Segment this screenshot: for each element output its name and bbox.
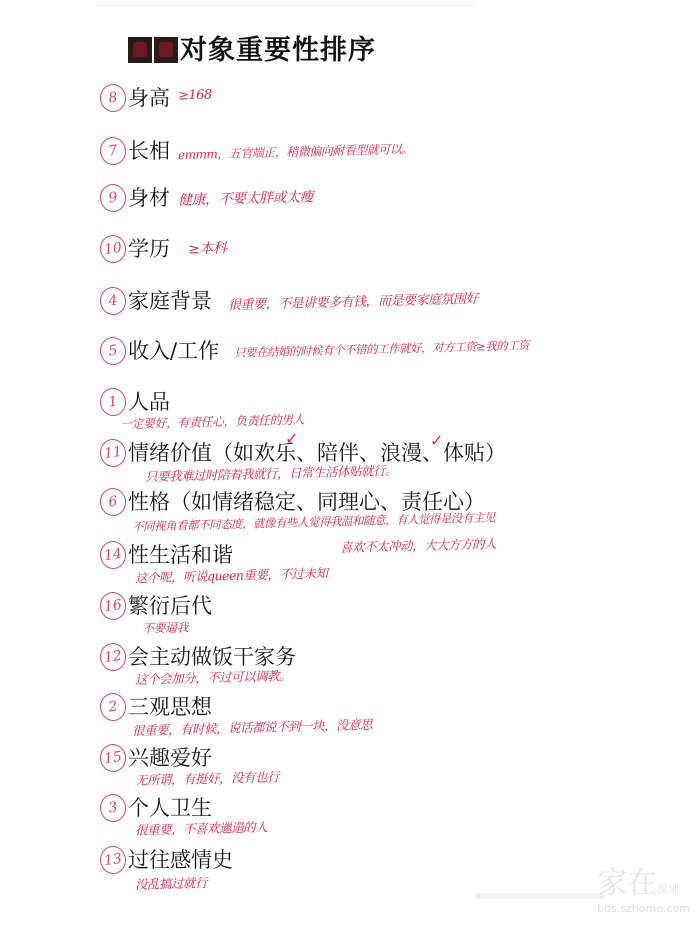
rank-circle: 14	[98, 539, 128, 570]
page-title: 对象重要性排序	[128, 28, 376, 67]
rank-circle: 16	[98, 590, 128, 621]
handwritten-note: 这个会加分，不过可以调教。	[135, 666, 291, 688]
item-label: 繁衍后代	[128, 590, 212, 620]
top-divider	[95, 5, 475, 6]
rank-circle: 12	[98, 641, 128, 672]
redacted-mark	[154, 37, 178, 63]
item-label: 收入/工作	[128, 335, 219, 365]
handwritten-note: 这个呢，听说queen重要，不过未知	[135, 563, 328, 586]
handwritten-note: 没乱搞过就行	[135, 873, 207, 893]
rank-circle: 10	[98, 233, 128, 264]
handwritten-note: ≥本科	[188, 238, 227, 259]
check-mark-icon: ✓	[430, 431, 443, 450]
handwritten-note: 喜欢不太冲动，大大方方的人	[340, 534, 496, 556]
handwritten-note: emmm，五官端正，稍微偏向耐看型就可以。	[178, 140, 413, 163]
rank-circle: 11	[98, 437, 128, 468]
rank-circle: 5	[98, 335, 128, 366]
handwritten-note: 只要在结婚的时候有个不错的工作就好，对方工资≥我的工资	[234, 337, 529, 361]
item-label: 身高	[128, 82, 170, 112]
rank-circle: 6	[98, 486, 128, 517]
rank-circle: 2	[98, 691, 128, 722]
item-label: 个人卫生	[128, 792, 212, 822]
handwritten-note: 一定要好，有责任心，负责任的男人	[120, 411, 304, 433]
item-label: 长相	[128, 135, 170, 165]
watermark-line	[475, 893, 605, 899]
handwritten-note: 很重要，不喜欢邋遢的人	[135, 817, 267, 838]
watermark: 家在深圳 bbs.szhome.com	[597, 858, 690, 915]
handwritten-note: ≥168	[178, 88, 212, 104]
handwritten-note: 无所谓，有挺好，没有也行	[135, 767, 279, 789]
item-label: 家庭背景	[128, 285, 212, 315]
rank-circle: 8	[98, 82, 128, 113]
item-label: 兴趣爱好	[128, 742, 212, 772]
handwritten-note: 很重要，不是讲要多有钱，而是要家庭氛围好	[228, 288, 478, 314]
item-label: 三观思想	[128, 691, 212, 721]
rank-circle: 1	[98, 386, 128, 417]
handwritten-note: 健康，不要太胖或太瘦	[178, 186, 313, 210]
rank-circle: 7	[98, 135, 128, 166]
rank-circle: 3	[98, 792, 128, 823]
item-label: 性生活和谐	[128, 539, 233, 569]
rank-circle: 13	[98, 844, 128, 875]
item-label: 学历	[128, 233, 170, 263]
item-label: 身材	[128, 182, 170, 212]
item-label: 过往感情史	[128, 844, 233, 874]
check-mark-icon: ✓	[285, 429, 298, 448]
redacted-mark	[128, 37, 152, 63]
item-label: 人品	[128, 386, 170, 416]
handwritten-note: 不要逼我	[142, 618, 188, 636]
rank-circle: 4	[98, 285, 128, 316]
rank-circle: 15	[98, 742, 128, 773]
rank-circle: 9	[98, 182, 128, 213]
